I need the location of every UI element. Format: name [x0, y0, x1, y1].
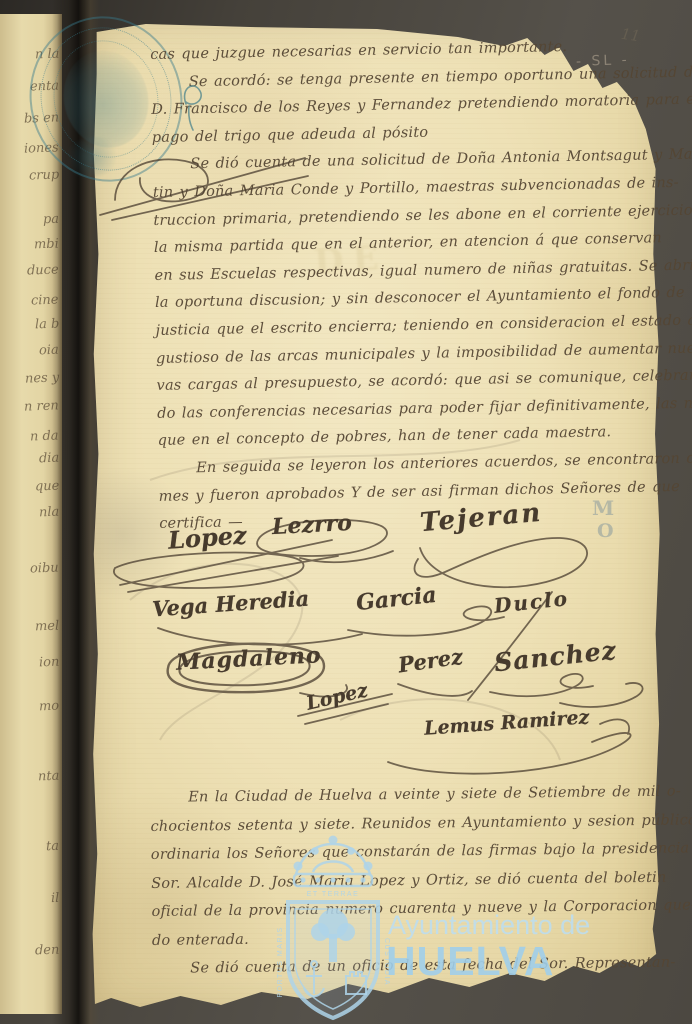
scanned-manuscript-photo: { "page": { "folio_number": "11", "penci… [0, 0, 692, 1024]
signature: Lopez [167, 520, 247, 554]
watermark-text-huelva: HUELVA [386, 938, 554, 985]
manuscript-text-upper: cas que juzgue necesarias en servicio ta… [150, 32, 671, 538]
watermark-text-ayuntamiento: Ayuntamiento de [388, 910, 590, 941]
signature: Lezrro [271, 510, 352, 540]
